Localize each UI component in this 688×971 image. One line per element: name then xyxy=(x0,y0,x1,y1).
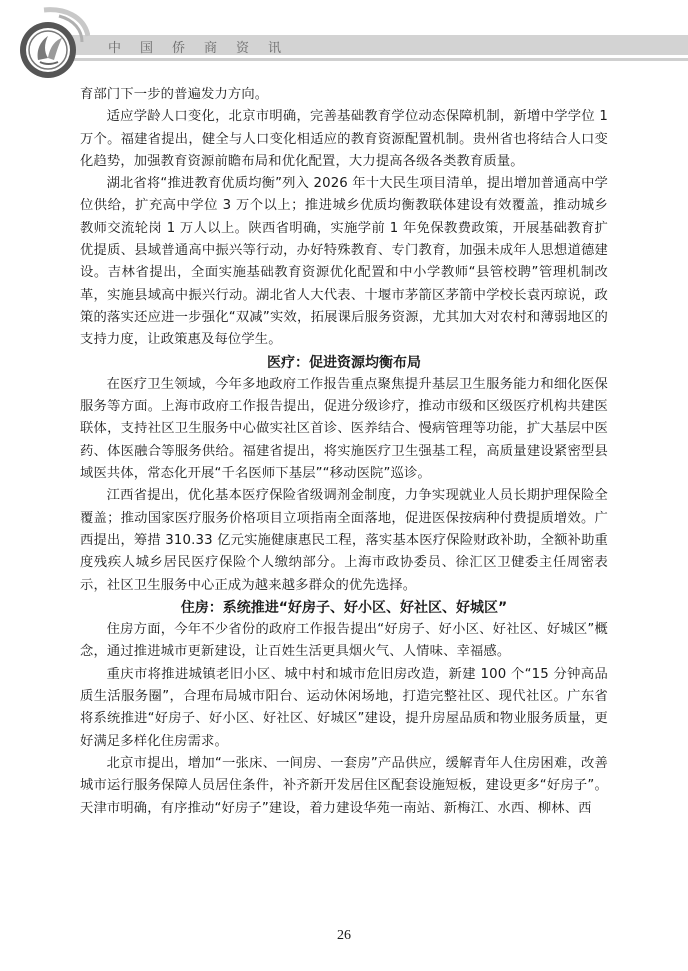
section-heading-housing: 住房：系统推进“好房子、好小区、好社区、好城区” xyxy=(80,597,608,619)
page-number: 26 xyxy=(0,928,688,944)
section-heading-medical: 医疗：促进资源均衡布局 xyxy=(80,352,608,374)
paragraph: 育部门下一步的普遍发力方向。 xyxy=(80,84,608,106)
paragraph: 湖北省将“推进教育优质均衡”列入 2026 年十大民生项目清单，提出增加普通高中… xyxy=(80,173,608,351)
paragraph: 适应学龄人口变化，北京市明确，完善基础教育学位动态保障机制，新增中学学位 1 万… xyxy=(80,106,608,173)
paragraph: 江西省提出，优化基本医疗保险省级调剂金制度，力争实现就业人员长期护理保险全覆盖；… xyxy=(80,485,608,596)
publication-title: 中国侨商资讯 xyxy=(108,37,300,56)
paragraph: 重庆市将推进城镇老旧小区、城中村和城市危旧房改造，新建 100 个“15 分钟高… xyxy=(80,664,608,753)
logo-icon xyxy=(14,6,90,82)
article-body: 育部门下一步的普遍发力方向。 适应学龄人口变化，北京市明确，完善基础教育学位动态… xyxy=(80,84,608,820)
paragraph: 北京市提出，增加“一张床、一间房、一套房”产品供应，缓解青年人住房困难，改善城市… xyxy=(80,753,608,820)
header-divider xyxy=(70,58,688,61)
paragraph: 住房方面，今年不少省份的政府工作报告提出“好房子、好小区、好社区、好城区”概念，… xyxy=(80,619,608,664)
paragraph: 在医疗卫生领域，今年多地政府工作报告重点聚焦提升基层卫生服务能力和细化医保服务等… xyxy=(80,374,608,485)
